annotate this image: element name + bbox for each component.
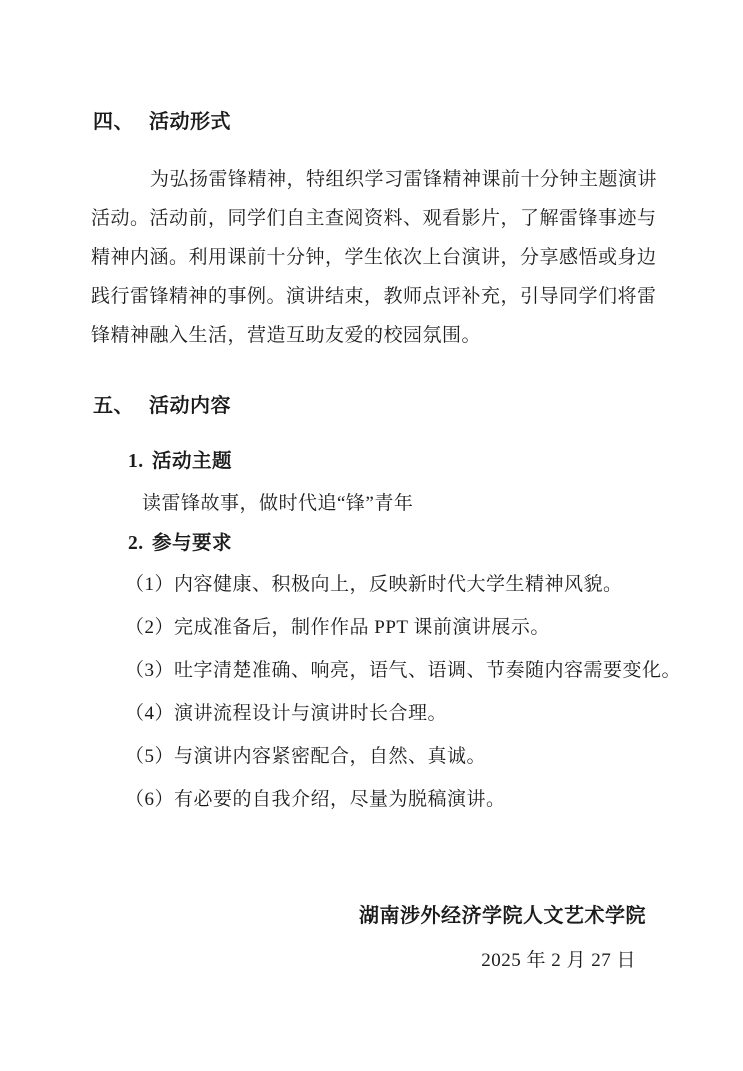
section-number: 四、 bbox=[93, 111, 134, 133]
activity-format-paragraph: 为弘扬雷锋精神，特组织学习雷锋精神课前十分钟主题演讲活动。活动前，同学们自主查阅… bbox=[91, 170, 657, 365]
paragraph-line: 践行雷锋精神的事例。演讲结束，教师点评补充，引导同学们将雷 bbox=[91, 287, 657, 307]
paragraph-line: 锋精神融入生活，营造互助友爱的校园氛围。 bbox=[91, 326, 657, 346]
activity-theme-text: 读雷锋故事，做时代追“锋”青年 bbox=[142, 493, 413, 514]
requirement-item: （6）有必要的自我介绍，尽量为脱稿演讲。 bbox=[125, 790, 681, 810]
paragraph-line: 活动。活动前，同学们自主查阅资料、观看影片，了解雷锋事迹与 bbox=[91, 209, 657, 229]
paragraph-line: 精神内涵。利用课前十分钟，学生依次上台演讲，分享感悟或身边 bbox=[91, 248, 657, 268]
section-heading-five: 五、活动内容 bbox=[93, 395, 231, 417]
section-number: 五、 bbox=[93, 395, 134, 417]
section-title: 活动内容 bbox=[149, 395, 231, 417]
requirement-item: （2）完成准备后，制作作品 PPT 课前演讲展示。 bbox=[125, 618, 681, 638]
requirement-item: （4）演讲流程设计与演讲时长合理。 bbox=[125, 704, 681, 724]
signature-organization: 湖南涉外经济学院人文艺术学院 bbox=[359, 905, 646, 927]
subsection-heading-theme: 1.活动主题 bbox=[128, 451, 232, 472]
subsection-number: 2. bbox=[128, 533, 152, 554]
document-page: 四、活动形式 为弘扬雷锋精神，特组织学习雷锋精神课前十分钟主题演讲活动。活动前，… bbox=[0, 0, 743, 1071]
section-heading-four: 四、活动形式 bbox=[93, 111, 231, 133]
document-date: 2025 年 2 月 27 日 bbox=[481, 950, 636, 971]
section-title: 活动形式 bbox=[149, 111, 231, 133]
subsection-heading-requirements: 2.参与要求 bbox=[128, 533, 232, 554]
subsection-title: 活动主题 bbox=[152, 451, 232, 472]
requirements-list: （1）内容健康、积极向上，反映新时代大学生精神风貌。（2）完成准备后，制作作品 … bbox=[125, 575, 681, 833]
requirement-item: （5）与演讲内容紧密配合，自然、真诚。 bbox=[125, 747, 681, 767]
subsection-number: 1. bbox=[128, 451, 152, 472]
requirement-item: （1）内容健康、积极向上，反映新时代大学生精神风貌。 bbox=[125, 575, 681, 595]
subsection-title: 参与要求 bbox=[152, 533, 232, 554]
requirement-item: （3）吐字清楚准确、响亮，语气、语调、节奏随内容需要变化。 bbox=[125, 661, 681, 681]
paragraph-line: 为弘扬雷锋精神，特组织学习雷锋精神课前十分钟主题演讲 bbox=[91, 170, 657, 190]
